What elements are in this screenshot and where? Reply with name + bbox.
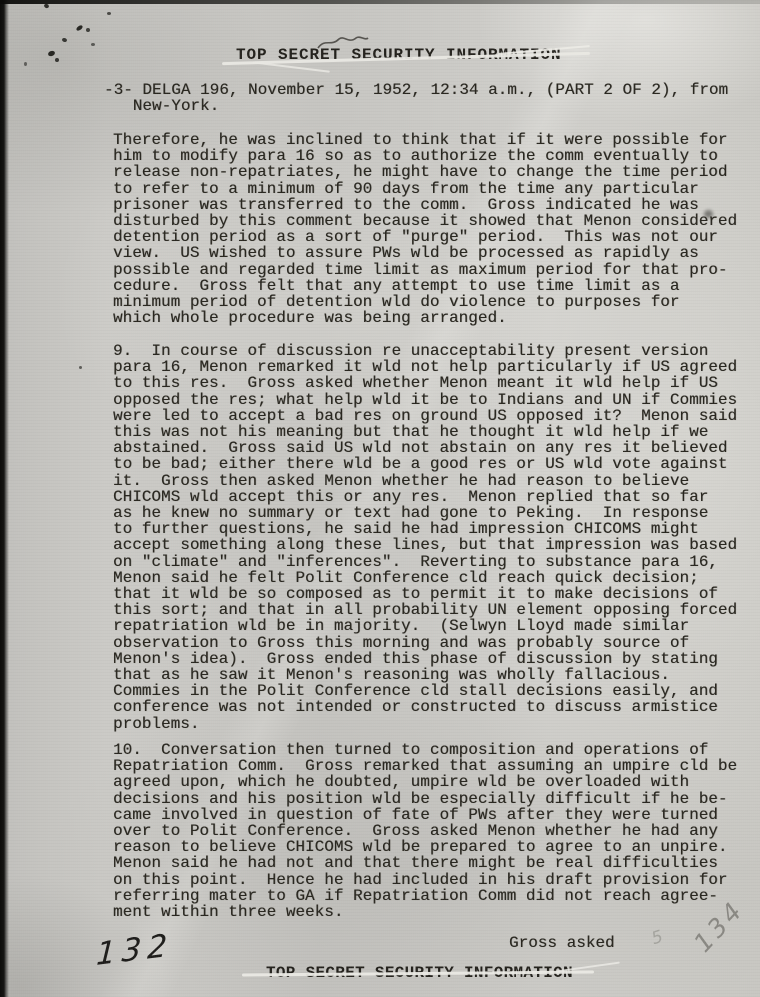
ink-speck	[55, 58, 59, 62]
ink-speck	[24, 62, 27, 66]
ink-speck	[79, 366, 82, 369]
ink-smudge	[704, 210, 713, 218]
ink-speck	[75, 24, 83, 31]
scan-edge-top	[0, 0, 760, 4]
continuation-catchword: Gross asked	[509, 934, 615, 952]
ink-speck	[62, 37, 68, 42]
handwritten-faint-mark: 5	[649, 927, 665, 949]
paragraph-10: 10. Conversation then turned to composit…	[113, 742, 737, 920]
paragraph-9: 9. In course of discussion re unacceptab…	[113, 343, 737, 732]
scan-edge-left	[0, 0, 9, 997]
ink-speck	[107, 12, 111, 15]
paragraph-continuation: Therefore, he was inclined to think that…	[113, 132, 737, 326]
ink-speck	[47, 50, 55, 57]
handwritten-squiggle	[316, 34, 370, 52]
handwritten-page-number-132: 132	[95, 927, 174, 973]
ink-speck	[91, 43, 95, 46]
document-page: TOP SECRET SECURITY INFORMATION -3- DELG…	[0, 0, 760, 997]
document-heading: -3- DELGA 196, November 15, 1952, 12:34 …	[104, 82, 728, 115]
ink-speck	[86, 28, 90, 32]
